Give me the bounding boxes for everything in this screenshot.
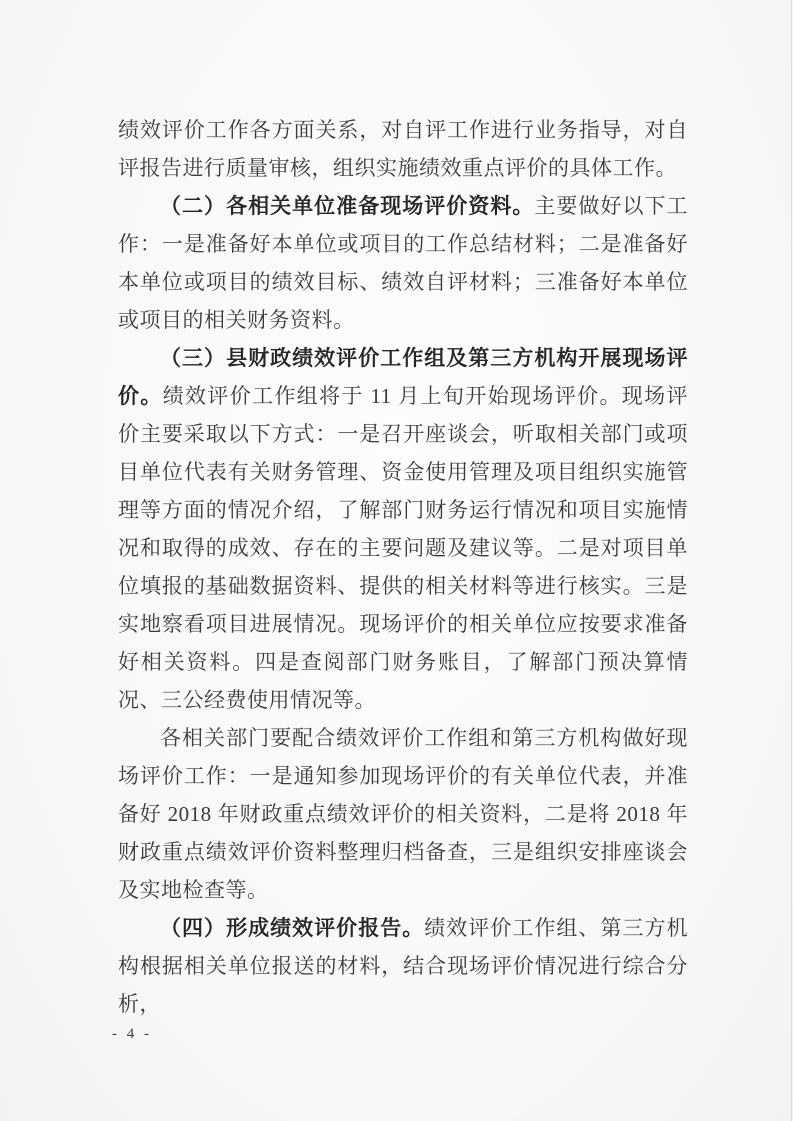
- paragraph-coordination: 各相关部门要配合绩效评价工作组和第三方机构做好现场评价工作：一是通知参加现场评价…: [118, 719, 688, 909]
- scan-edge-shadow: [791, 0, 792, 1121]
- document-body-text: 绩效评价工作各方面关系，对自评工作进行业务指导，对自评报告进行质量审核，组织实施…: [118, 111, 688, 1023]
- paragraph-text: 绩效评价工作各方面关系，对自评工作进行业务指导，对自评报告进行质量审核，组织实施…: [118, 118, 688, 180]
- section-heading-2: （二）各相关单位准备现场评价资料。: [160, 194, 534, 218]
- paragraph-continuation: 绩效评价工作各方面关系，对自评工作进行业务指导，对自评报告进行质量审核，组织实施…: [118, 111, 688, 187]
- section-heading-4: （四）形成绩效评价报告。: [160, 916, 424, 940]
- paragraph-text: 绩效评价工作组将于 11 月上旬开始现场评价。现场评价主要采取以下方式：一是召开…: [118, 384, 688, 712]
- paragraph-section-2: （二）各相关单位准备现场评价资料。主要做好以下工作：一是准备好本单位或项目的工作…: [118, 187, 688, 339]
- paragraph-text: 各相关部门要配合绩效评价工作组和第三方机构做好现场评价工作：一是通知参加现场评价…: [118, 726, 688, 902]
- page-number: - 4 -: [112, 1026, 152, 1043]
- paragraph-section-3: （三）县财政绩效评价工作组及第三方机构开展现场评价。绩效评价工作组将于 11 月…: [118, 339, 688, 719]
- paragraph-section-4: （四）形成绩效评价报告。绩效评价工作组、第三方机构根据相关单位报送的材料，结合现…: [118, 909, 688, 1023]
